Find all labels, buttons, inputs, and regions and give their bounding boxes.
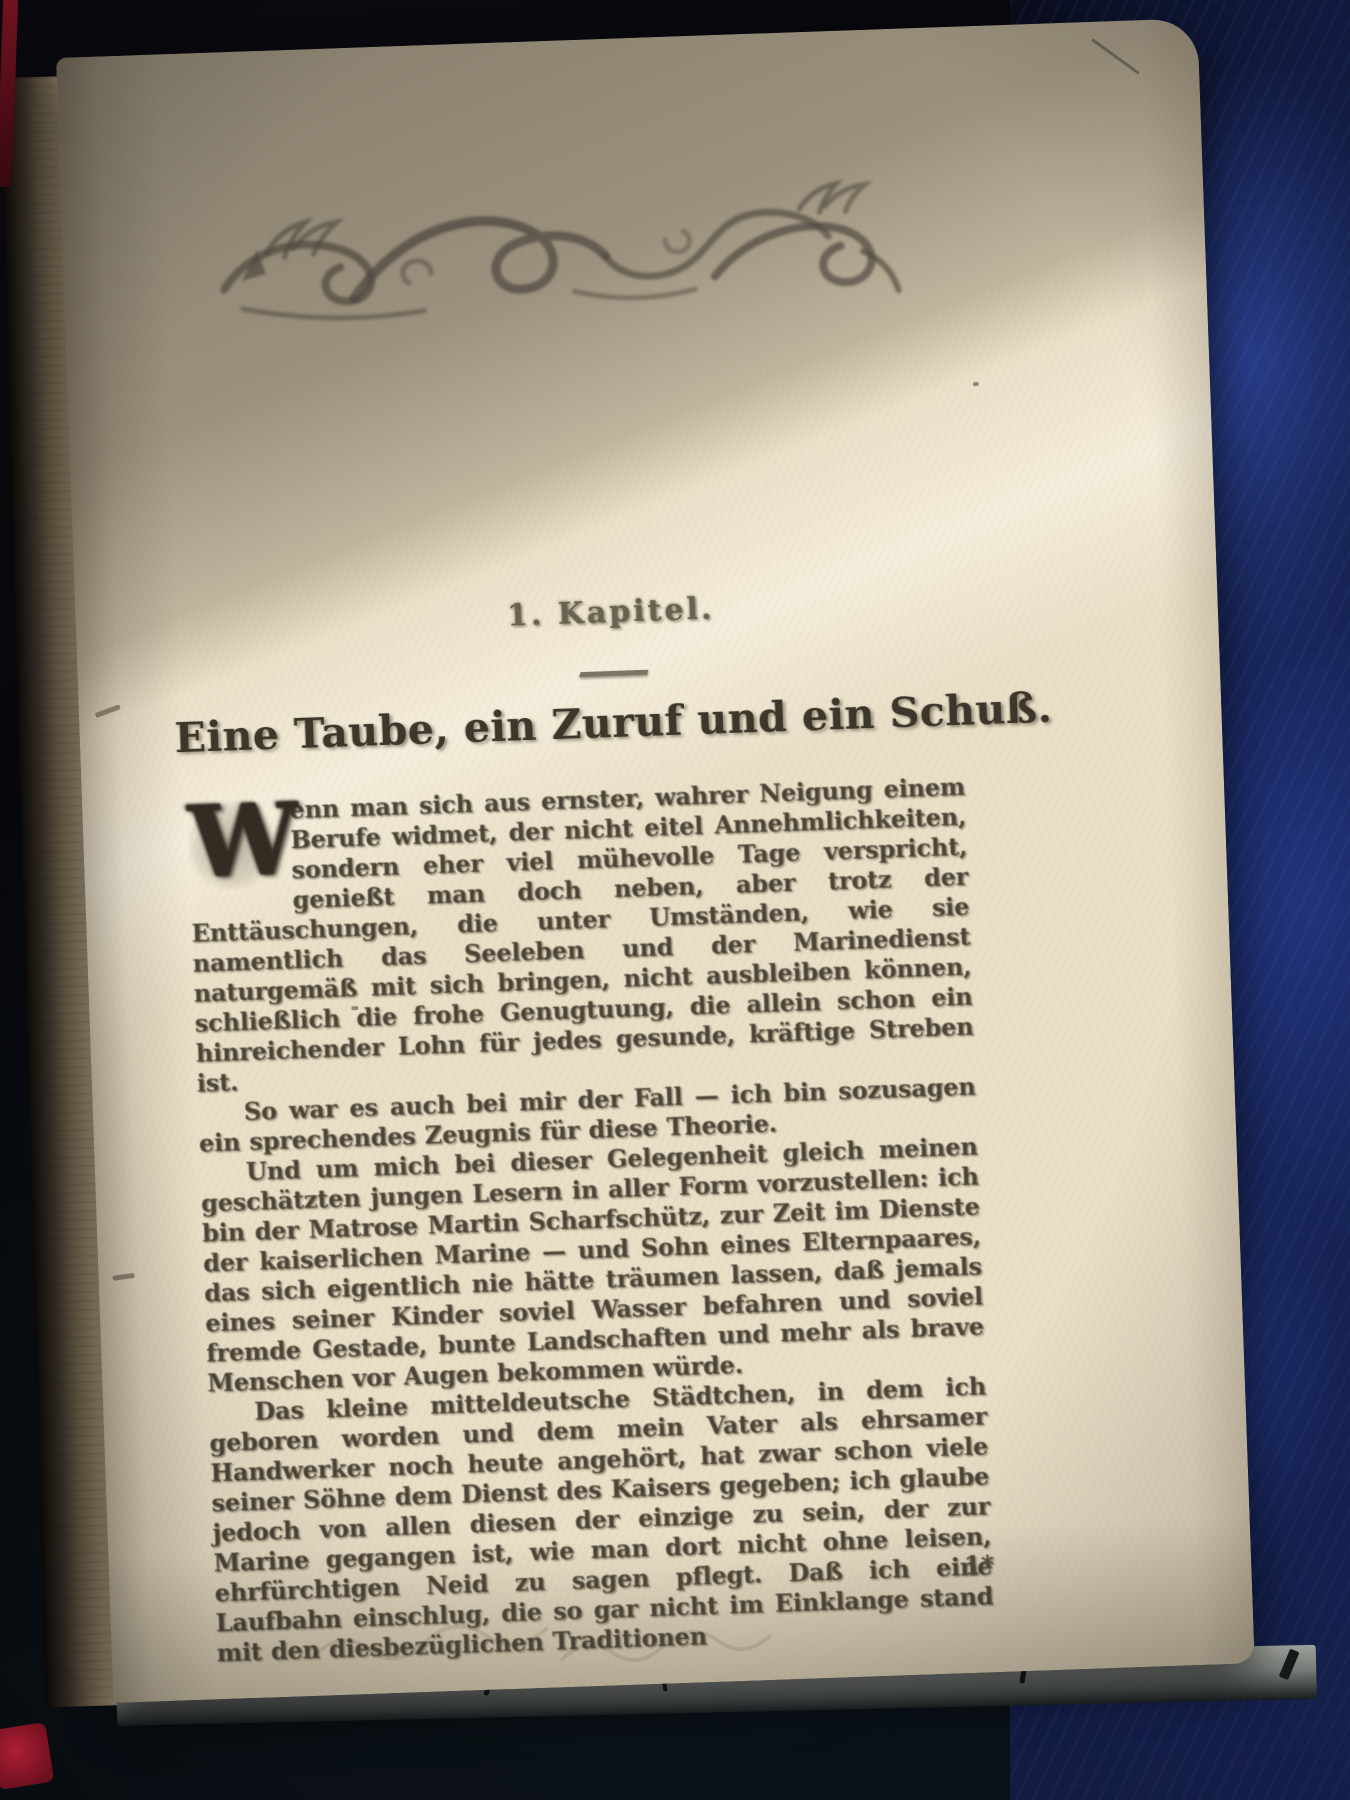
foxing-speck [95,704,121,718]
book-page: 1. Kapitel. Eine Taube, ein Zuruf und ei… [56,18,1255,1703]
calligraphic-flourish-ornament [209,161,908,337]
body-paragraph: Und um mich bei dieser Gelegenheit gleic… [199,1132,985,1399]
foxing-speck [351,1006,358,1010]
heading-divider-rule [579,670,648,677]
chapter-title: Eine Taube, ein Zuruf und ein Schuß. [163,683,1064,762]
show-through-scribbles [300,1580,843,1689]
ornate-initial-dropcap: W [187,800,276,891]
paragraph-text: enn man sich aus ernster, wahrer Neigung… [191,772,974,1098]
chapter-number-heading: 1. Kapitel. [205,581,1016,644]
corner-scratch-mark [1091,38,1140,75]
photo-of-open-book: 1. Kapitel. Eine Taube, ein Zuruf und ei… [0,0,1350,1800]
foxing-speck [112,1273,134,1281]
page-edge-mark [1279,1649,1300,1681]
body-text-block: Wenn man sich aus ernster, wahrer Neigun… [187,772,995,1669]
foxing-speck [973,382,979,386]
body-paragraph: Wenn man sich aus ernster, wahrer Neigun… [187,772,975,1099]
red-binding-edge-bottom [0,1722,54,1790]
